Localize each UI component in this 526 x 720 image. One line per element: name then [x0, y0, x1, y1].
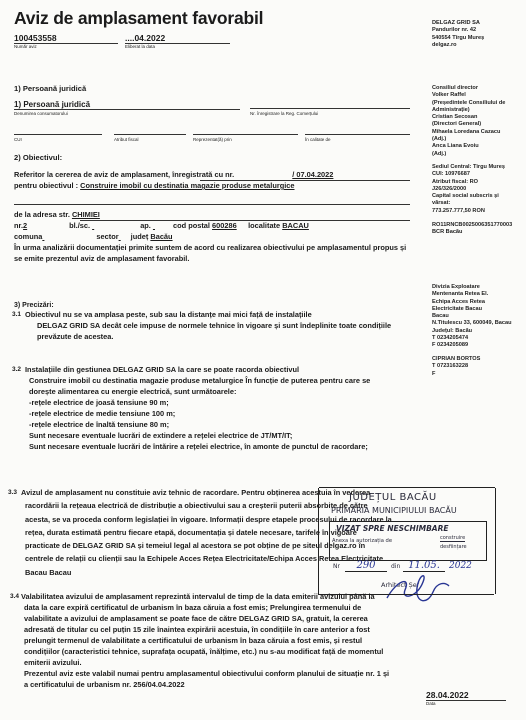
- agreement-line: se emite prezentul aviz de amplasament f…: [14, 254, 406, 265]
- signing-date: 28.04.2022: [426, 690, 506, 701]
- fiscal-field: [114, 134, 186, 135]
- nr-value: 2: [23, 221, 67, 232]
- bank-name: BCR Bacău: [432, 229, 512, 236]
- objective-value: Construire imobil cu destinatia magazie …: [80, 181, 294, 190]
- text-line: -rețele electrice de înaltă tensiune 80 …: [25, 419, 370, 430]
- county-value: Bacău: [150, 232, 260, 243]
- division-line: N.Titulescu 33, 600049, Bacau: [432, 320, 512, 327]
- objective-continuation-line: [14, 204, 410, 205]
- stamp-city-hall: PRIMĂRIA MUNICIPIULUI BACĂU: [331, 506, 457, 515]
- cui-label: CUI: [14, 137, 22, 142]
- board-line: (Directori General): [432, 121, 505, 128]
- registered-line: CUI: 10976687: [432, 171, 505, 178]
- agreement-line: În urma analizării documentației primite…: [14, 243, 406, 254]
- point-number: 3.3: [8, 486, 17, 499]
- bl-label: bl./sc.: [69, 221, 90, 230]
- representative-field: [193, 134, 298, 135]
- reg-number-label: Nr. înregistrare la Reg. Comerțului: [250, 111, 318, 116]
- company-name: DELGAZ GRID SA: [432, 20, 484, 27]
- registered-line: J26/326/2000: [432, 186, 505, 193]
- request-date: / 07.04.2022: [292, 170, 333, 179]
- section-2-heading: 2) Obiectivul:: [14, 153, 62, 162]
- contact-name: CIPRIAN BORTOS: [432, 356, 480, 363]
- locality-value: BACAU: [282, 221, 362, 232]
- ap-label: ap.: [140, 221, 151, 230]
- commune-line: comuna sector județ Bacău: [14, 232, 260, 243]
- text-line: condițiilor (caracteristici tehnice, sup…: [21, 646, 389, 657]
- division-line: Bacau: [432, 313, 512, 320]
- stamp-approval: VIZAT SPRE NESCHIMBARE: [336, 524, 449, 533]
- text-line: data la care expiră certificatul de urba…: [21, 602, 389, 613]
- company-address: DELGAZ GRID SA Pandurilor nr. 42 540554 …: [432, 20, 484, 49]
- board-line: (Adj.): [432, 136, 505, 143]
- stamp-top-border: [319, 487, 495, 488]
- stamp-inner-box: VIZAT SPRE NESCHIMBARE Anexa la autoriza…: [329, 521, 487, 561]
- stamp-annex: Anexa la autorizația de: [332, 538, 392, 544]
- division-line: Electricitate Bacau: [432, 306, 512, 313]
- registered-line: Capital social subscris și: [432, 193, 505, 200]
- company-street: Pandurilor nr. 42: [432, 27, 484, 34]
- board-line: Volker Raffel: [432, 92, 505, 99]
- board-line: Mihaela Loredana Cazacu: [432, 129, 505, 136]
- contact-fax: F: [432, 371, 480, 378]
- role-field: [305, 134, 410, 135]
- objective-label: pentru obiectivul :: [14, 181, 78, 190]
- board-line: Consiliul director: [432, 85, 505, 92]
- locality-label: localitate: [248, 221, 280, 230]
- stamp-nr-label: Nr: [333, 563, 340, 570]
- stamp-nr-value: 290: [345, 560, 387, 572]
- bank-account: RO11RNCB0025006351770003 BCR Bacău: [432, 222, 512, 237]
- board-line: (Președintele Consiliului de: [432, 100, 505, 107]
- board-line: Anca Liana Evoiu: [432, 143, 505, 150]
- commune-label: comuna: [14, 232, 42, 241]
- postal-label: cod postal: [173, 221, 210, 230]
- reg-number-field: [250, 108, 410, 109]
- text-line: Valabilitatea avizului de amplasament re…: [21, 591, 389, 602]
- division-line: Mentenanta Retea El.: [432, 291, 512, 298]
- stamp-county: JUDEȚUL BACĂU: [349, 492, 437, 503]
- point-3-4: 3.4 Valabilitatea avizului de amplasamen…: [10, 591, 389, 690]
- registered-line: Sediul Central: Tirgu Mureș: [432, 164, 505, 171]
- registered-line: vărsat:: [432, 200, 505, 207]
- point-3-1: 3.1 Obiectivul nu se va amplasa peste, s…: [12, 310, 391, 342]
- text-line: valabilitate a avizului de amplasament s…: [21, 613, 389, 624]
- division-line: F 0234205089: [432, 342, 512, 349]
- company-website: delgaz.ro: [432, 42, 484, 49]
- consumer-name-field: 1) Persoană juridică: [14, 100, 240, 110]
- representative-label: Reprezentat(ă) prin: [193, 137, 232, 142]
- objective-line: pentru obiectivul : Construire imobil cu…: [14, 181, 295, 192]
- text-line: -rețele electrice de medie tensiune 100 …: [25, 408, 370, 419]
- address-details-line: nr.2 bl./sc. ap. cod postal 600286 local…: [14, 221, 362, 232]
- board-line: Cristian Secosan: [432, 114, 505, 121]
- iban: RO11RNCB0025006351770003: [432, 222, 512, 229]
- contact-phone: T 0723163228: [432, 363, 480, 370]
- request-text: Referitor la cererea de aviz de amplasam…: [14, 170, 234, 179]
- validity-line: Prezentul aviz este valabil numai pentru…: [21, 668, 389, 679]
- text-line: dorește alimentarea cu energie electrică…: [25, 386, 370, 397]
- board-line: Administrație): [432, 107, 505, 114]
- validity-line: a certificatului de urbanism nr. 256/04.…: [21, 679, 389, 690]
- consumer-name-label: Denumirea consumatorului: [14, 111, 68, 116]
- division-line: Județul: Bacău: [432, 328, 512, 335]
- contact-person: CIPRIAN BORTOS T 0723163228 F: [432, 356, 480, 378]
- street-label: de la adresa str.: [14, 210, 70, 219]
- aviz-number-label: Număr aviz: [14, 44, 37, 49]
- signing-date-label: Data: [426, 701, 436, 706]
- text-line: Instalațiile din gestiunea DELGAZ GRID S…: [25, 364, 370, 375]
- division-line: Echipa Acces Retea: [432, 299, 512, 306]
- text-line: Sunt necesare eventuale lucrări de extin…: [25, 430, 370, 441]
- text-line: Obiectivul nu se va amplasa peste, sub s…: [25, 310, 391, 321]
- sector-label: sector: [96, 232, 118, 241]
- issue-date-label: Eliberat la data: [125, 44, 155, 49]
- registered-line: Atribut fiscal: RO: [432, 179, 505, 186]
- division-line: T 0234205474: [432, 335, 512, 342]
- text-line: DELGAZ GRID SA decât cele impuse de norm…: [25, 321, 391, 332]
- issue-date: ....04.2022: [125, 33, 230, 44]
- point-number: 3.1: [12, 310, 21, 321]
- registered-office: Sediul Central: Tirgu Mureș CUI: 1097668…: [432, 164, 505, 215]
- postal-value: 600286: [212, 221, 246, 232]
- agreement-text: În urma analizării documentației primite…: [14, 243, 406, 265]
- section-1-heading: 1) Persoană juridică: [14, 84, 86, 93]
- division-info: Divizia Exploatare Mentenanta Retea El. …: [432, 284, 512, 350]
- nr-label: nr.: [14, 221, 23, 230]
- aviz-number: 100453558: [14, 33, 118, 44]
- registered-line: 773.257.777,50 RON: [432, 208, 505, 215]
- stamp-type-construct: construire: [440, 535, 465, 542]
- text-line: Construire imobil cu destinatia magazie …: [25, 375, 370, 386]
- point-number: 3.4: [10, 591, 19, 602]
- signature-icon: [383, 568, 453, 608]
- text-line: -rețele electrice de joasă tensiune 90 m…: [25, 397, 370, 408]
- fiscal-label: Atribut fiscal: [114, 137, 139, 142]
- text-line: prevăzute de acestea.: [25, 332, 391, 343]
- document-title: Aviz de amplasament favorabil: [14, 8, 263, 29]
- section-3-heading: 3) Precizări:: [14, 302, 54, 309]
- point-3-2: 3.2 Instalațiile din gestiunea DELGAZ GR…: [12, 364, 370, 452]
- municipality-stamp: JUDEȚUL BACĂU PRIMĂRIA MUNICIPIULUI BACĂ…: [318, 488, 496, 594]
- cui-field: [14, 134, 102, 135]
- text-line: emiterii avizului.: [21, 657, 389, 668]
- text-line: adresată de titular cu cel puțin 15 zile…: [21, 624, 389, 635]
- street-value: CHIMIEI: [72, 210, 100, 219]
- company-city: 540554 Tîrgu Mureș: [432, 35, 484, 42]
- role-label: În calitate de: [305, 137, 331, 142]
- board-of-directors: Consiliul director Volker Raffel (Președ…: [432, 85, 505, 158]
- county-label: județ: [131, 232, 149, 241]
- text-line: prelungit termenul de valabilitate a cer…: [21, 635, 389, 646]
- board-line: (Adj.): [432, 151, 505, 158]
- stamp-type-demolish: desființare: [440, 544, 467, 550]
- division-line: Divizia Exploatare: [432, 284, 512, 291]
- point-number: 3.2: [12, 364, 21, 375]
- text-line: Sunt necesare eventuale lucrări de întăr…: [25, 441, 370, 452]
